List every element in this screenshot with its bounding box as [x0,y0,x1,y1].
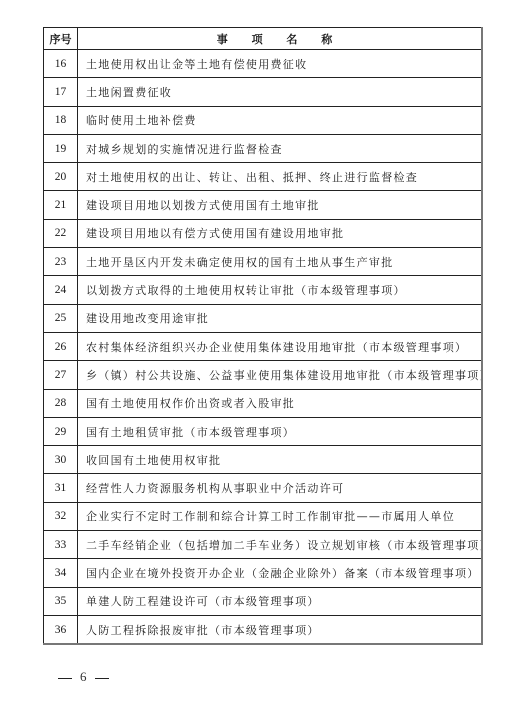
page-number: 6 [80,669,87,684]
row-number: 31 [44,474,78,502]
row-item-name: 土地闲置费征收 [78,78,483,106]
row-number: 19 [44,134,78,162]
header-item-name: 事 项 名 称 [78,28,483,50]
row-item-name: 收回国有土地使用权审批 [78,446,483,474]
table-row: 33二手车经销企业（包括增加二手车业务）设立规划审核（市本级管理事项） [44,531,483,559]
row-item-name: 国有土地租赁审批（市本级管理事项） [78,417,483,445]
table-row: 17土地闲置费征收 [44,78,483,106]
table-header-row: 序号 事 项 名 称 [44,28,483,50]
row-item-name: 建设项目用地以划拨方式使用国有土地审批 [78,191,483,219]
row-number: 20 [44,163,78,191]
table-row: 20对土地使用权的出让、转让、出租、抵押、终止进行监督检查 [44,163,483,191]
table-row: 32企业实行不定时工作制和综合计算工时工作制审批——市属用人单位 [44,502,483,530]
row-item-name: 企业实行不定时工作制和综合计算工时工作制审批——市属用人单位 [78,502,483,530]
row-item-name: 国内企业在境外投资开办企业（金融企业除外）备案（市本级管理事项） [78,559,483,587]
table-row: 23土地开垦区内开发未确定使用权的国有土地从事生产审批 [44,248,483,276]
page-footer: 6 [50,669,117,685]
row-item-name: 以划拨方式取得的土地使用权转让审批（市本级管理事项） [78,276,483,304]
table-row: 34国内企业在境外投资开办企业（金融企业除外）备案（市本级管理事项） [44,559,483,587]
row-item-name: 土地开垦区内开发未确定使用权的国有土地从事生产审批 [78,248,483,276]
row-item-name: 土地使用权出让金等土地有偿使用费征收 [78,50,483,78]
table-row: 29国有土地租赁审批（市本级管理事项） [44,417,483,445]
row-item-name: 二手车经销企业（包括增加二手车业务）设立规划审核（市本级管理事项） [78,531,483,559]
table-row: 25建设用地改变用途审批 [44,304,483,332]
table-row: 16土地使用权出让金等土地有偿使用费征收 [44,50,483,78]
row-item-name: 临时使用土地补偿费 [78,106,483,134]
row-item-name: 农村集体经济组织兴办企业使用集体建设用地审批（市本级管理事项） [78,332,483,360]
row-item-name: 人防工程拆除报废审批（市本级管理事项） [78,615,483,644]
table-row: 35单建人防工程建设许可（市本级管理事项） [44,587,483,615]
row-number: 32 [44,502,78,530]
row-number: 36 [44,615,78,644]
table-row: 28国有土地使用权作价出资或者入股审批 [44,389,483,417]
table-row: 18临时使用土地补偿费 [44,106,483,134]
table-row: 31经营性人力资源服务机构从事职业中介活动许可 [44,474,483,502]
row-number: 24 [44,276,78,304]
row-item-name: 建设项目用地以有偿方式使用国有建设用地审批 [78,219,483,247]
table-row: 21建设项目用地以划拨方式使用国有土地审批 [44,191,483,219]
row-item-name: 国有土地使用权作价出资或者入股审批 [78,389,483,417]
row-number: 17 [44,78,78,106]
row-item-name: 对城乡规划的实施情况进行监督检查 [78,134,483,162]
table-row: 26农村集体经济组织兴办企业使用集体建设用地审批（市本级管理事项） [44,332,483,360]
table-row: 30收回国有土地使用权审批 [44,446,483,474]
header-number: 序号 [44,28,78,50]
row-number: 26 [44,332,78,360]
row-number: 33 [44,531,78,559]
items-table: 序号 事 项 名 称 16土地使用权出让金等土地有偿使用费征收17土地闲置费征收… [43,27,483,645]
row-number: 28 [44,389,78,417]
row-number: 34 [44,559,78,587]
row-item-name: 乡（镇）村公共设施、公益事业使用集体建设用地审批（市本级管理事项） [78,361,483,389]
row-number: 27 [44,361,78,389]
row-number: 23 [44,248,78,276]
table-row: 24以划拨方式取得的土地使用权转让审批（市本级管理事项） [44,276,483,304]
footer-dash-left [58,678,72,679]
table-row: 36人防工程拆除报废审批（市本级管理事项） [44,615,483,644]
row-item-name: 经营性人力资源服务机构从事职业中介活动许可 [78,474,483,502]
row-item-name: 单建人防工程建设许可（市本级管理事项） [78,587,483,615]
row-number: 29 [44,417,78,445]
row-number: 18 [44,106,78,134]
row-item-name: 建设用地改变用途审批 [78,304,483,332]
row-number: 30 [44,446,78,474]
footer-dash-right [95,678,109,679]
row-number: 16 [44,50,78,78]
row-number: 35 [44,587,78,615]
table-row: 27乡（镇）村公共设施、公益事业使用集体建设用地审批（市本级管理事项） [44,361,483,389]
table-row: 22建设项目用地以有偿方式使用国有建设用地审批 [44,219,483,247]
row-number: 25 [44,304,78,332]
table-row: 19对城乡规划的实施情况进行监督检查 [44,134,483,162]
row-item-name: 对土地使用权的出让、转让、出租、抵押、终止进行监督检查 [78,163,483,191]
row-number: 22 [44,219,78,247]
row-number: 21 [44,191,78,219]
